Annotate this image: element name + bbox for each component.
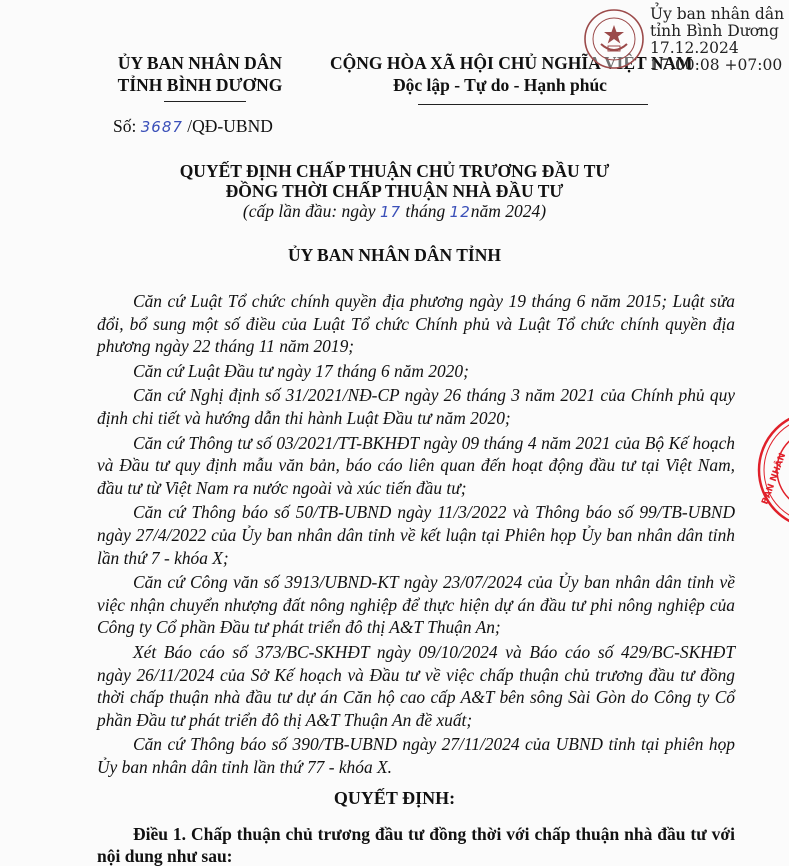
digital-signature: Ủy ban nhân dân tỉnh Bình Dương 17.12.20…: [650, 6, 784, 74]
svg-text:BAN NHÂN: BAN NHÂN: [759, 451, 789, 506]
document-number: Số: 3687 /QĐ-UBND: [113, 116, 273, 137]
preamble-item: Căn cứ Nghị định số 31/2021/NĐ-CP ngày 2…: [97, 384, 735, 429]
preamble: Căn cứ Luật Tổ chức chính quyền địa phươ…: [97, 290, 735, 780]
number-prefix: Số:: [113, 116, 136, 136]
authority-line2: TỈNH BÌNH DƯƠNG: [100, 74, 300, 96]
article-1: Điều 1. Chấp thuận chủ trương đầu tư đồn…: [97, 823, 735, 866]
preamble-item: Căn cứ Thông báo số 50/TB-UBND ngày 11/3…: [97, 501, 735, 569]
decision-heading: QUYẾT ĐỊNH:: [0, 788, 789, 809]
issue-prefix: (cấp lần đầu: ngày: [243, 201, 376, 221]
title-line1: QUYẾT ĐỊNH CHẤP THUẬN CHỦ TRƯƠNG ĐẦU TƯ: [0, 161, 789, 181]
document-title: QUYẾT ĐỊNH CHẤP THUẬN CHỦ TRƯƠNG ĐẦU TƯ …: [0, 161, 789, 222]
signer-line1: Ủy ban nhân dân: [650, 6, 784, 23]
preamble-item: Căn cứ Thông tư số 03/2021/TT-BKHĐT ngày…: [97, 432, 735, 500]
red-stamp-icon: BAN NHÂN: [755, 410, 789, 530]
preamble-item: Căn cứ Thông báo số 390/TB-UBND ngày 27/…: [97, 733, 735, 778]
preamble-item: Căn cứ Luật Tổ chức chính quyền địa phươ…: [97, 290, 735, 358]
national-emblem-seal-icon: [583, 8, 645, 70]
issue-day-handwritten: 17: [380, 203, 401, 221]
preamble-item: Xét Báo cáo số 373/BC-SKHĐT ngày 09/10/2…: [97, 641, 735, 731]
issue-date: (cấp lần đầu: ngày 17 tháng 12năm 2024): [0, 201, 789, 222]
sign-time: 17:00:08 +07:00: [650, 57, 784, 74]
issue-month-label: tháng: [405, 201, 445, 221]
issuing-authority: ỦY BAN NHÂN DÂN TỈNH BÌNH DƯƠNG: [100, 52, 300, 96]
signer-line2: tỉnh Bình Dương: [650, 23, 784, 40]
sign-date: 17.12.2024: [650, 40, 784, 57]
preamble-item: Căn cứ Luật Đầu tư ngày 17 tháng 6 năm 2…: [97, 360, 735, 383]
authority-line1: ỦY BAN NHÂN DÂN: [100, 52, 300, 74]
preamble-item: Căn cứ Công văn số 3913/UBND-KT ngày 23/…: [97, 571, 735, 639]
authority-underline: [164, 101, 246, 102]
number-suffix: /QĐ-UBND: [187, 116, 273, 136]
number-handwritten: 3687: [141, 118, 183, 136]
issuer-heading: ỦY BAN NHÂN DÂN TỈNH: [0, 245, 789, 266]
title-line2: ĐỒNG THỜI CHẤP THUẬN NHÀ ĐẦU TƯ: [0, 181, 789, 201]
issue-month-handwritten: 12: [450, 203, 471, 221]
motto-underline: [418, 104, 648, 105]
national-motto: Độc lập - Tự do - Hạnh phúc: [330, 74, 670, 96]
issue-year: năm 2024): [471, 201, 546, 221]
